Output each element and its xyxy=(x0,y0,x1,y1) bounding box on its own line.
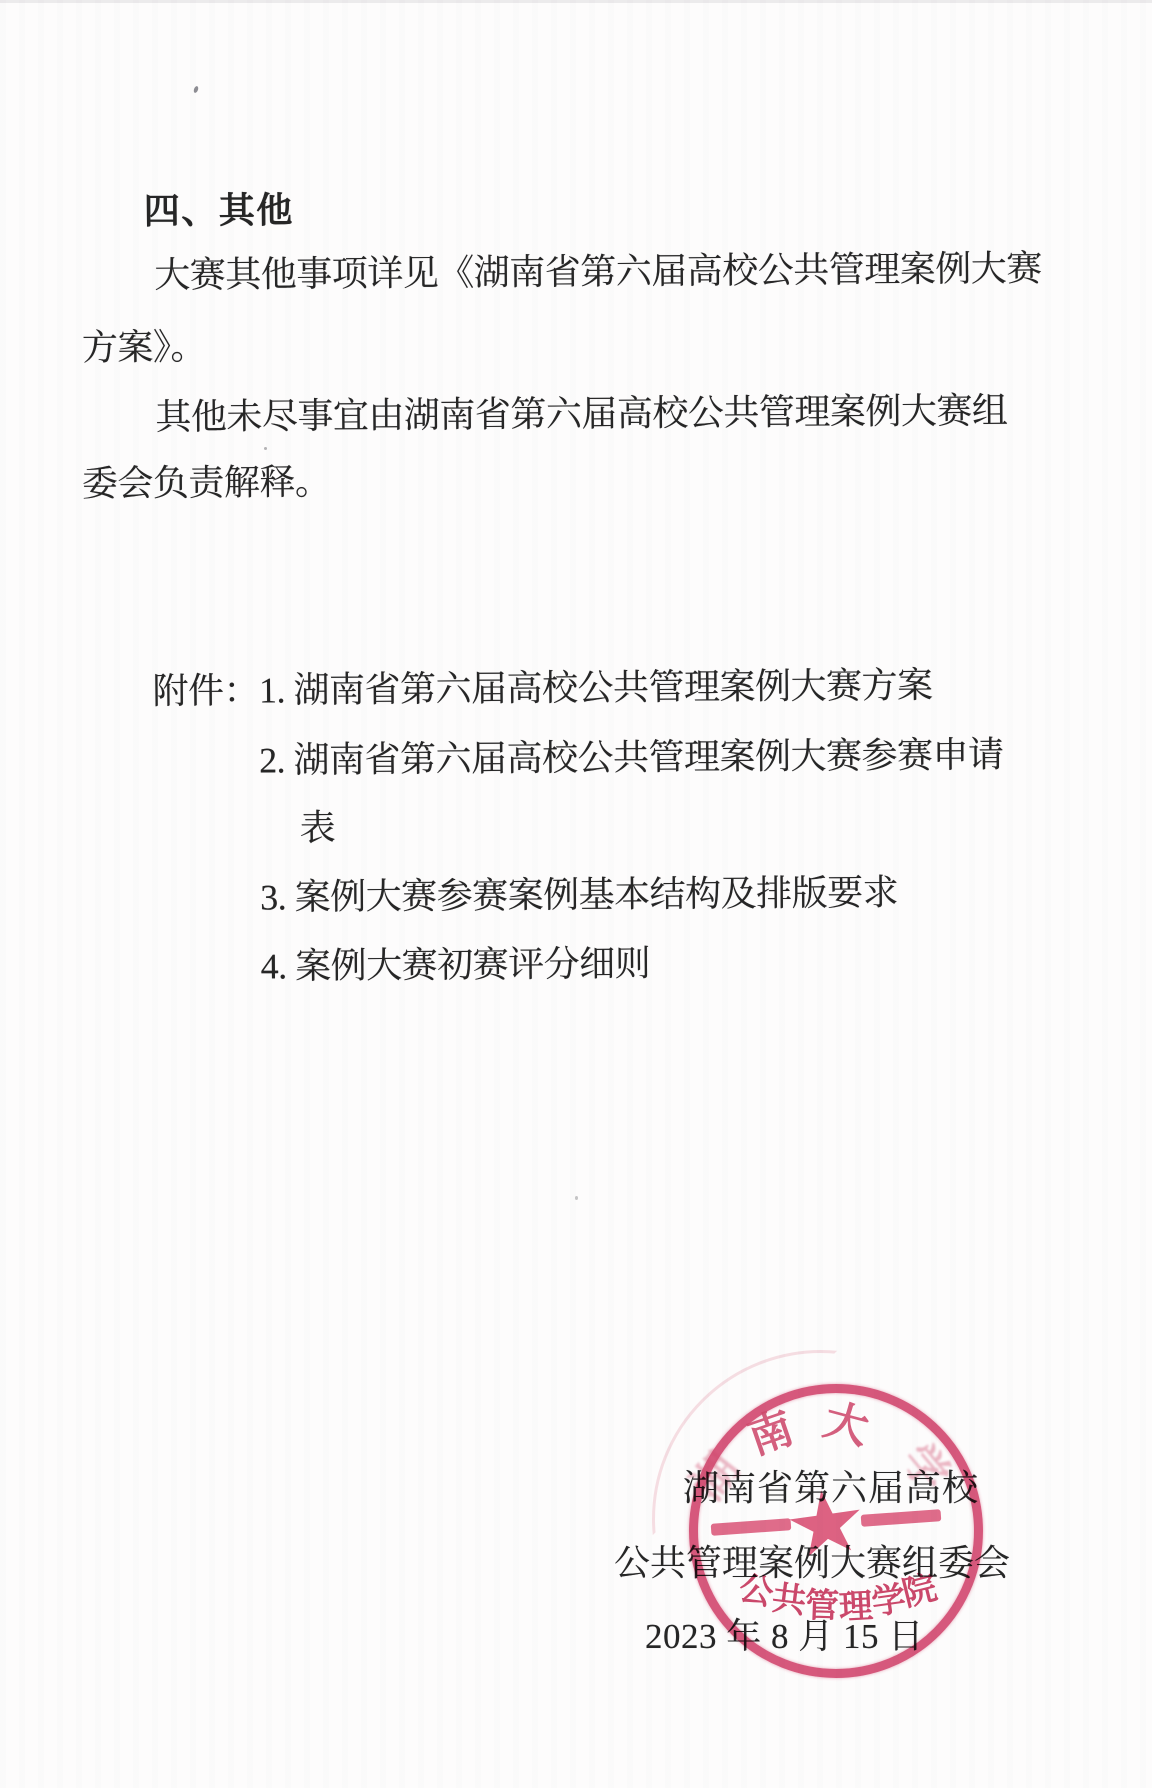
document-page: 四、其他 大赛其他事项详见《湖南省第六届高校公共管理案例大赛 方案》。 其他未尽… xyxy=(0,0,1152,1788)
attachment-line-4: 4. 案例大赛初赛评分细则 xyxy=(261,945,651,984)
scan-speck xyxy=(575,1196,578,1200)
attachment-line-3: 3. 案例大赛参赛案例基本结构及排版要求 xyxy=(260,874,898,915)
paragraph2-line2: 委会负责解释。 xyxy=(82,464,331,502)
attachment-line-2-wrap: 表 xyxy=(299,810,335,846)
signature-org-line2: 公共管理案例大赛组委会 xyxy=(614,1545,1010,1581)
scan-speck xyxy=(264,447,267,450)
paragraph2-line1: 其他未尽事宜由湖南省第六届高校公共管理案例大赛组 xyxy=(155,393,1007,436)
section-heading: 四、其他 xyxy=(144,192,294,229)
attachment-line-2: 2. 湖南省第六届高校公共管理案例大赛参赛申请 xyxy=(259,737,1004,779)
signature-date: 2023 年 8 月 15 日 xyxy=(645,1619,924,1654)
signature-org-line1: 湖南省第六届高校 xyxy=(683,1470,979,1506)
document-body: 四、其他 大赛其他事项详见《湖南省第六届高校公共管理案例大赛 方案》。 其他未尽… xyxy=(0,0,1152,1788)
paragraph1-line2: 方案》。 xyxy=(82,329,206,366)
attachment-line-1: 附件：1. 湖南省第六届高校公共管理案例大赛方案 xyxy=(152,667,932,709)
paragraph1-line1: 大赛其他事项详见《湖南省第六届高校公共管理案例大赛 xyxy=(154,250,1042,293)
